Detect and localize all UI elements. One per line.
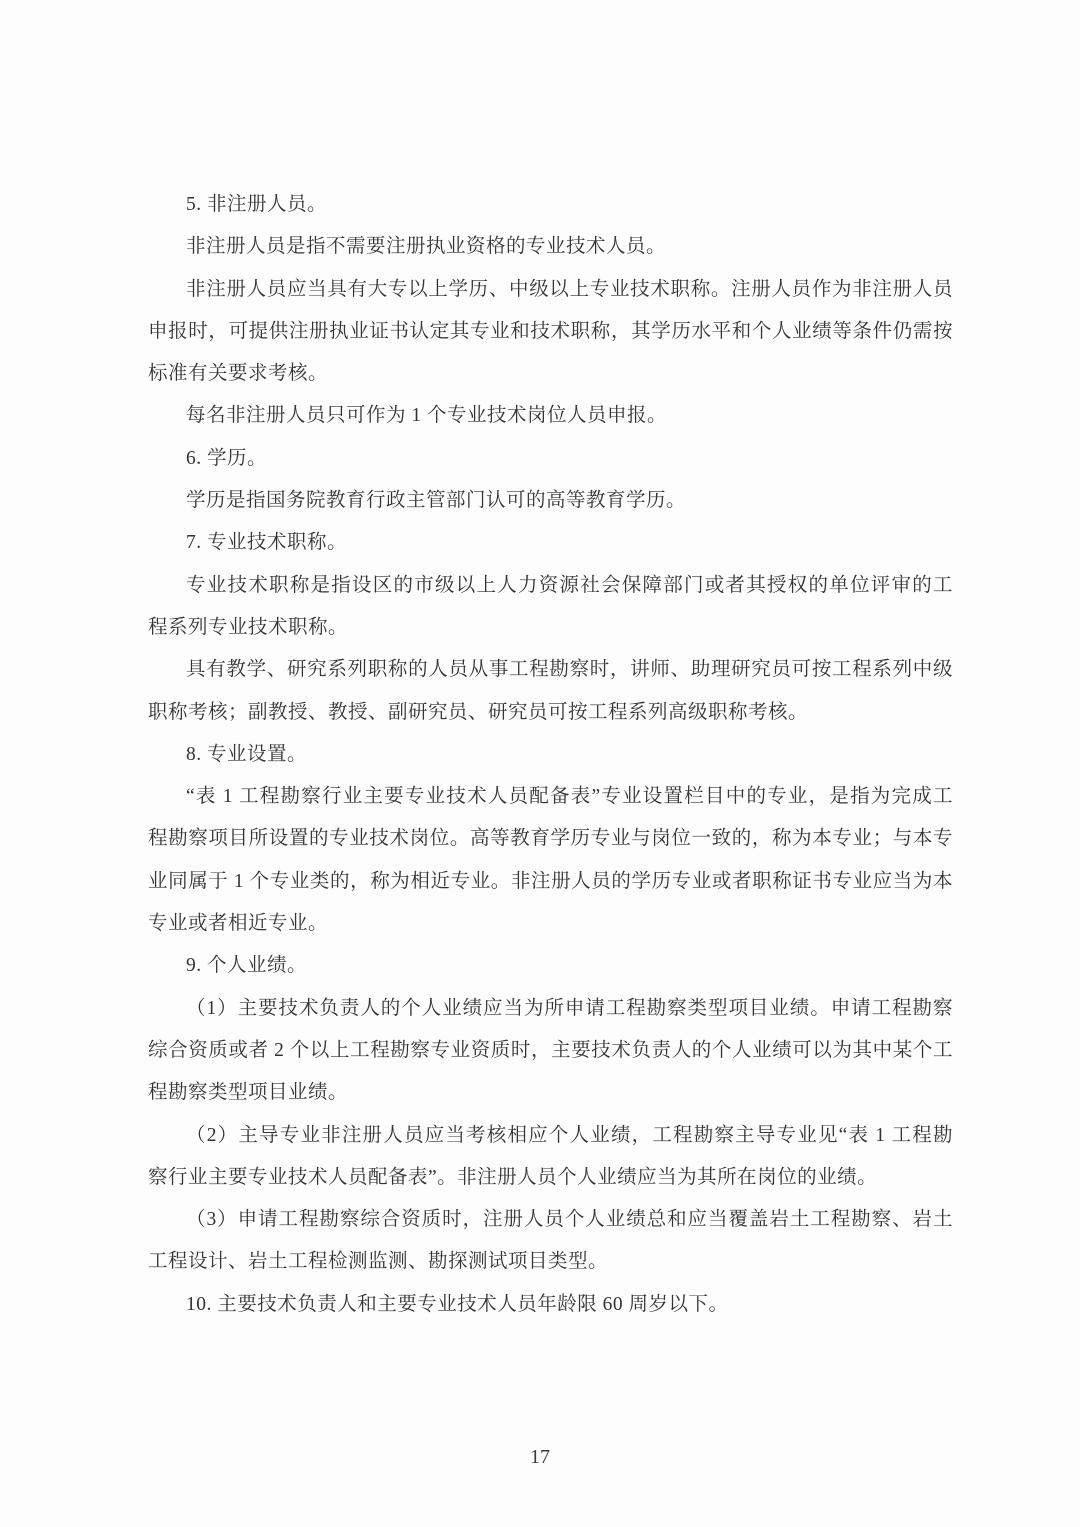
text-line: （3）申请工程勘察综合资质时，注册人员个人业绩总和应当覆盖岩土工程勘察、岩土 — [148, 1199, 953, 1241]
text-line: 8. 专业设置。 — [148, 734, 953, 776]
text-line: 每名非注册人员只可作为 1 个专业技术岗位人员申报。 — [148, 395, 953, 437]
text-line: “表 1 工程勘察行业主要专业技术人员配备表”专业设置栏目中的专业，是指为完成工 — [148, 776, 953, 818]
text-line: 专业技术职称是指设区的市级以上人力资源社会保障部门或者其授权的单位评审的工 — [148, 565, 953, 607]
text-line: 9. 个人业绩。 — [148, 945, 953, 987]
text-line: 程勘察项目所设置的专业技术岗位。高等教育学历专业与岗位一致的，称为本专业；与本专 — [148, 818, 953, 860]
text-line: （2）主导专业非注册人员应当考核相应个人业绩，工程勘察主导专业见“表 1 工程勘 — [148, 1115, 953, 1157]
text-line: 非注册人员应当具有大专以上学历、中级以上专业技术职称。注册人员作为非注册人员 — [148, 269, 953, 311]
text-line: 职称考核；副教授、教授、副研究员、研究员可按工程系列高级职称考核。 — [148, 692, 953, 734]
text-line: 程勘察类型项目业绩。 — [148, 1072, 953, 1114]
text-line: 工程设计、岩土工程检测监测、勘探测试项目类型。 — [148, 1241, 953, 1283]
page-number: 17 — [0, 1441, 1080, 1473]
text-line: 6. 学历。 — [148, 438, 953, 480]
text-line: 申报时，可提供注册执业证书认定其专业和技术职称，其学历水平和个人业绩等条件仍需按 — [148, 311, 953, 353]
text-line: 具有教学、研究系列职称的人员从事工程勘察时，讲师、助理研究员可按工程系列中级 — [148, 649, 953, 691]
text-line: 察行业主要专业技术人员配备表”。非注册人员个人业绩应当为其所在岗位的业绩。 — [148, 1157, 953, 1199]
text-line: 专业或者相近专业。 — [148, 903, 953, 945]
text-line: 5. 非注册人员。 — [148, 184, 953, 226]
text-line: 业同属于 1 个专业类的，称为相近专业。非注册人员的学历专业或者职称证书专业应当… — [148, 861, 953, 903]
text-line: 程系列专业技术职称。 — [148, 607, 953, 649]
text-line: 非注册人员是指不需要注册执业资格的专业技术人员。 — [148, 226, 953, 268]
text-line: 综合资质或者 2 个以上工程勘察专业资质时，主要技术负责人的个人业绩可以为其中某… — [148, 1030, 953, 1072]
text-line: 学历是指国务院教育行政主管部门认可的高等教育学历。 — [148, 480, 953, 522]
document-page: 5. 非注册人员。非注册人员是指不需要注册执业资格的专业技术人员。非注册人员应当… — [0, 0, 1080, 1527]
text-line: 标准有关要求考核。 — [148, 353, 953, 395]
text-line: 7. 专业技术职称。 — [148, 522, 953, 564]
document-body: 5. 非注册人员。非注册人员是指不需要注册执业资格的专业技术人员。非注册人员应当… — [148, 184, 953, 1326]
text-line: （1）主要技术负责人的个人业绩应当为所申请工程勘察类型项目业绩。申请工程勘察 — [148, 988, 953, 1030]
text-line: 10. 主要技术负责人和主要专业技术人员年龄限 60 周岁以下。 — [148, 1284, 953, 1326]
